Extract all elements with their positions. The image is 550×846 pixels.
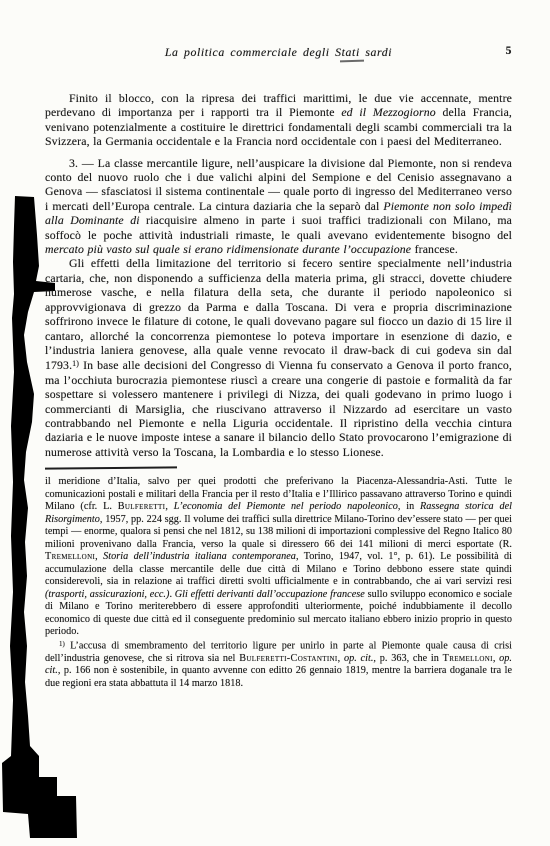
text-run: Bulferetti-Costantini bbox=[239, 653, 337, 664]
text-run: mercato più vasto sul quale si erano rid… bbox=[45, 242, 411, 256]
text-run: , p. 363, che in bbox=[373, 653, 442, 664]
text-run: Tremelloni bbox=[45, 551, 95, 562]
text-run: Bulferetti bbox=[118, 501, 166, 512]
title-underline-smudge bbox=[340, 60, 364, 63]
text-run: op. cit. bbox=[344, 653, 373, 664]
text-run: , p. 166 non è sostenibile, in quanto av… bbox=[45, 665, 512, 689]
text-run: Storia dell’industria italiana contempor… bbox=[103, 551, 296, 562]
text-run: , in bbox=[398, 501, 420, 512]
running-head: La politica commerciale degli Stati sard… bbox=[45, 45, 512, 61]
text-column: La politica commerciale degli Stati sard… bbox=[45, 45, 512, 690]
footnote-paragraph: 1) L’accusa di smembramento del territor… bbox=[45, 639, 512, 691]
text-run: , bbox=[165, 501, 173, 512]
body-paragraph: 3. — La classe mercantile ligure, nell’a… bbox=[45, 156, 512, 257]
text-run: Tremelloni bbox=[443, 653, 493, 664]
footnote-separator bbox=[45, 467, 177, 470]
body-paragraph: Gli effetti della limitazione del territ… bbox=[45, 256, 512, 459]
text-run: (trasporti, assicurazioni, ecc.) bbox=[45, 589, 169, 600]
text-run: , 1957, pp. 224 sgg. Il volume dei traff… bbox=[45, 514, 512, 550]
body-paragraph: Finito il blocco, con la ripresa dei tra… bbox=[45, 91, 512, 149]
text-run: Gli effetti della limitazione del territ… bbox=[45, 256, 512, 372]
text-run: L’economia del Piemonte nel periodo napo… bbox=[174, 501, 398, 512]
body-text: Finito il blocco, con la ripresa dei tra… bbox=[45, 91, 512, 459]
footnotes: il meridione d’Italia, salvo per quei pr… bbox=[45, 476, 512, 690]
text-run: francese. bbox=[411, 242, 458, 256]
text-run: ed il Mezzogiorno bbox=[341, 105, 435, 119]
running-title: La politica commerciale degli Stati sard… bbox=[165, 45, 392, 59]
footnote-paragraph: il meridione d’Italia, salvo per quei pr… bbox=[45, 476, 512, 639]
page-number: 5 bbox=[506, 45, 512, 57]
scanned-book-page: La politica commerciale degli Stati sard… bbox=[0, 0, 550, 846]
text-run: Gli effetti derivanti dall’occupazione f… bbox=[175, 589, 365, 600]
text-run: , bbox=[95, 551, 103, 562]
text-run: In base alle decisioni del Congresso di … bbox=[45, 358, 512, 458]
